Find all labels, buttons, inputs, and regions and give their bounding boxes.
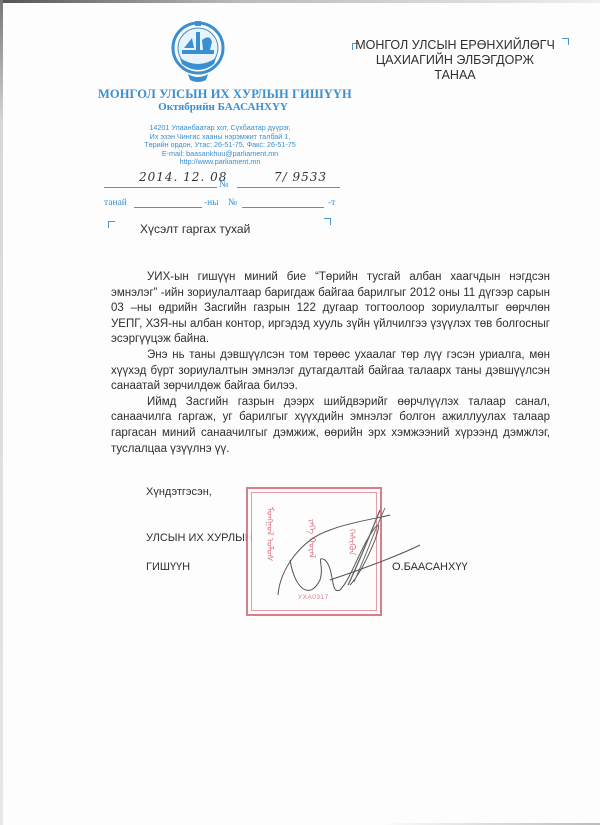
subject-corner-tr	[324, 218, 331, 225]
subject-corner-tl	[108, 221, 115, 228]
recipient-line: ТАНАА	[340, 68, 570, 83]
your-ref-no-label: №	[228, 198, 237, 208]
closing: Хүндэтгэсэн,	[146, 486, 212, 498]
subject-line: Хүсэлт гаргах тухай	[140, 222, 250, 236]
your-ref-number-line	[242, 207, 324, 208]
reference-no-label: №	[219, 179, 229, 190]
reference-row: 2014. 12. 08 № 7/ 9533	[104, 176, 340, 196]
letterhead-member-name: Октябрийн БААСАНХҮҮ	[98, 101, 348, 113]
your-reference-row: танай -ны № -т	[104, 198, 340, 212]
body-paragraph: Иймд Засгийн газрын дээрх шийдвэрийг өөр…	[111, 395, 550, 457]
signer-title-line1: УЛСЫН ИХ ХУРЛЫН	[146, 532, 253, 544]
body-paragraph: УИХ-ын гишүүн миний бие “Төрийн тусгай а…	[111, 270, 550, 348]
website-line: http://www.parliament.mn	[110, 158, 330, 167]
state-emblem-icon	[170, 18, 226, 86]
recipient-block: МОНГОЛ УЛСЫН ЕРӨНХИЙЛӨГЧ ЦАХИАГИЙН ЭЛБЭГ…	[340, 38, 570, 83]
your-ref-mid: -ны	[204, 198, 219, 208]
number-line	[237, 187, 340, 188]
letterhead-address: 14201 Улаанбаатар хот, Сүхбаатар дүүрэг,…	[110, 124, 330, 167]
signer-title-line2: ГИШҮҮН	[146, 561, 190, 573]
your-ref-date-line	[134, 207, 202, 208]
reference-number: 7/ 9533	[274, 170, 327, 184]
body-paragraph: Энэ нь таны дэвшүүлсэн том төрөөс ухаала…	[111, 348, 550, 395]
letter-body: УИХ-ын гишүүн миний бие “Төрийн тусгай а…	[111, 270, 550, 457]
your-ref-suffix: -т	[328, 198, 335, 208]
recipient-line: МОНГОЛ УЛСЫН ЕРӨНХИЙЛӨГЧ	[340, 38, 570, 53]
reference-date: 2014. 12. 08	[139, 170, 227, 184]
page-edge-top	[0, 0, 600, 3]
handwritten-signature	[270, 500, 430, 605]
date-line	[104, 187, 217, 188]
recipient-line: ЦАХИАГИЙН ЭЛБЭГДОРЖ	[340, 53, 570, 68]
page-edge-left	[0, 0, 3, 825]
your-ref-prefix: танай	[104, 198, 127, 208]
letterhead-organization: МОНГОЛ УЛСЫН ИХ ХУРЛЫН ГИШҮҮН	[98, 87, 348, 102]
